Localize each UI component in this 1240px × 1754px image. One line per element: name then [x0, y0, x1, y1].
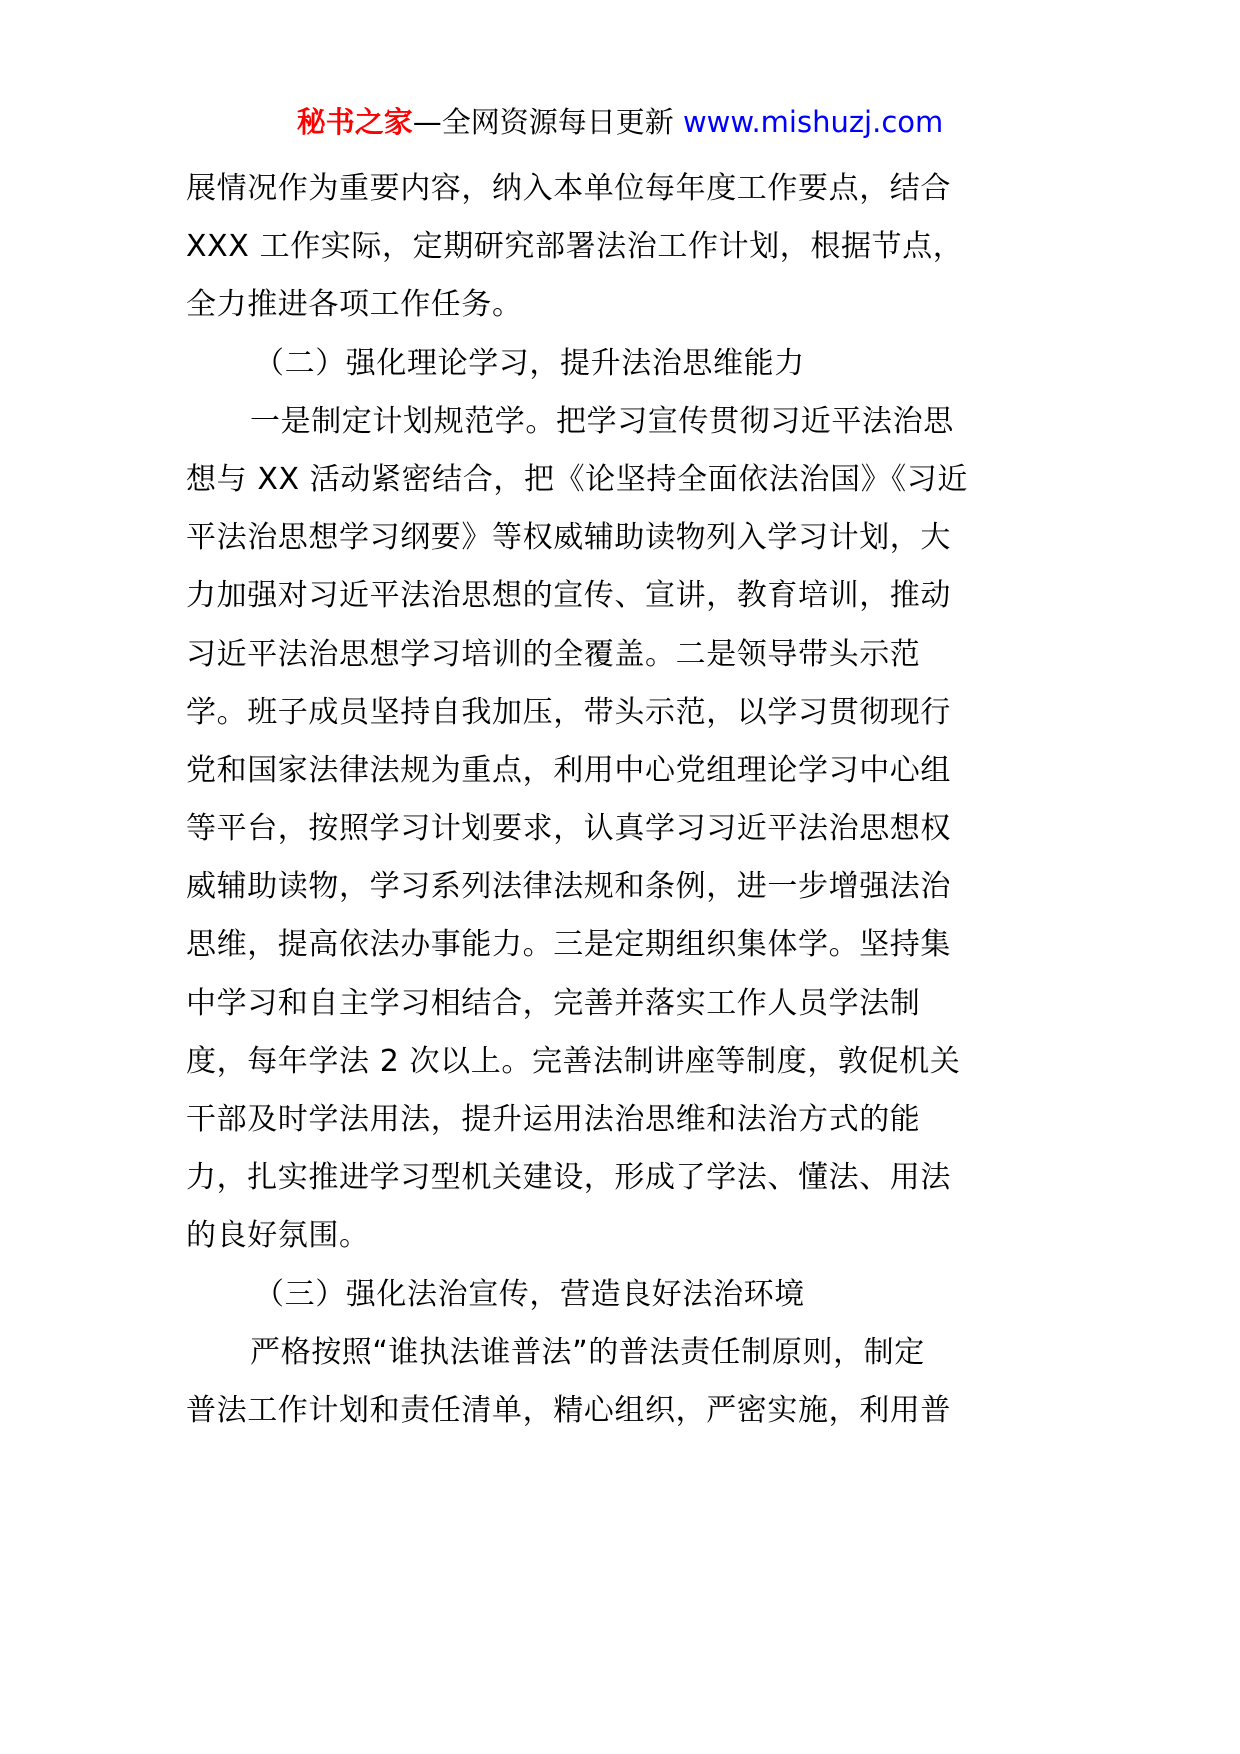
paragraph-start: 严格按照“谁执法谁普法”的普法责任制原则，制定	[186, 1324, 1056, 1382]
text-line: 干部及时学法用法，提升运用法治思维和法治方式的能	[186, 1091, 1056, 1149]
text-line: 威辅助读物，学习系列法律法规和条例，进一步增强法治	[186, 858, 1056, 916]
text-line: 中学习和自主学习相结合，完善并落实工作人员学法制	[186, 975, 1056, 1033]
text-line: 平法治思想学习纲要》等权威辅助读物列入学习计划，大	[186, 509, 1056, 567]
text-line: 想与 XX 活动紧密结合，把《论坚持全面依法治国》《习近	[186, 451, 1056, 509]
text-line: 度，每年学法 2 次以上。完善法制讲座等制度，敦促机关	[186, 1033, 1056, 1091]
page-header: 秘书之家—全网资源每日更新 www.mishuzj.com	[0, 102, 1240, 142]
text-line: 等平台，按照学习计划要求，认真学习习近平法治思想权	[186, 800, 1056, 858]
text-line: 力加强对习近平法治思想的宣传、宣讲，教育培训，推动	[186, 567, 1056, 625]
document-body: 展情况作为重要内容，纳入本单位每年度工作要点，结合 XXX 工作实际，定期研究部…	[186, 160, 1056, 1440]
text-line: 学。班子成员坚持自我加压，带头示范，以学习贯彻现行	[186, 684, 1056, 742]
header-tagline: —全网资源每日更新	[413, 105, 674, 139]
website-link[interactable]: www.mishuzj.com	[683, 105, 943, 139]
brand-name: 秘书之家	[297, 105, 413, 139]
text-line: 全力推进各项工作任务。	[186, 276, 1056, 334]
text-line: 党和国家法律法规为重点，利用中心党组理论学习中心组	[186, 742, 1056, 800]
paragraph-start: 一是制定计划规范学。把学习宣传贯彻习近平法治思	[186, 393, 1056, 451]
text-line: 力，扎实推进学习型机关建设，形成了学法、懂法、用法	[186, 1149, 1056, 1207]
section-heading-3: （三）强化法治宣传，营造良好法治环境	[186, 1266, 1056, 1324]
section-heading-2: （二）强化理论学习，提升法治思维能力	[186, 335, 1056, 393]
text-line: 普法工作计划和责任清单，精心组织，严密实施，利用普	[186, 1382, 1056, 1440]
text-line: 的良好氛围。	[186, 1207, 1056, 1265]
text-line: XXX 工作实际，定期研究部署法治工作计划，根据节点，	[186, 218, 1056, 276]
text-line: 思维，提高依法办事能力。三是定期组织集体学。坚持集	[186, 916, 1056, 974]
text-line: 展情况作为重要内容，纳入本单位每年度工作要点，结合	[186, 160, 1056, 218]
text-line: 习近平法治思想学习培训的全覆盖。二是领导带头示范	[186, 626, 1056, 684]
